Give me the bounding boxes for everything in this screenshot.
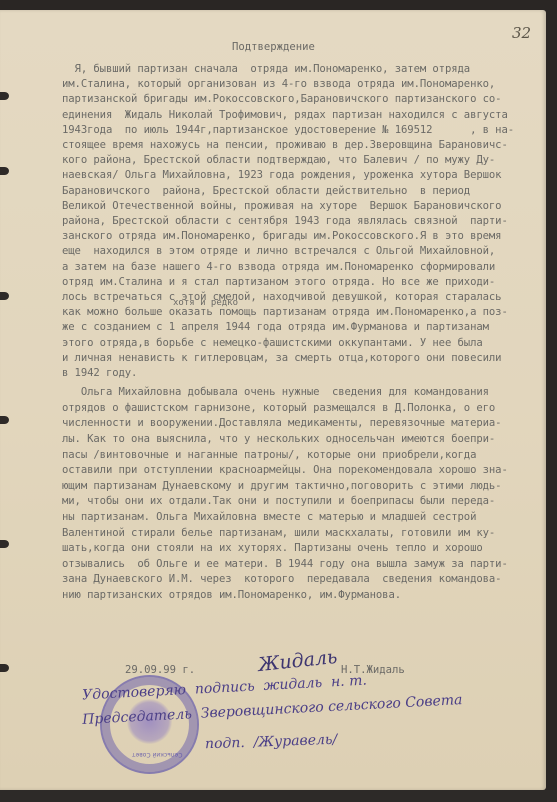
text-line: занского отряда им.Пономаренко, бригады … (62, 229, 501, 244)
stamp-text: Сельский Совет (132, 751, 182, 758)
text-line: оставили при отступлении красноармейцы. … (62, 463, 508, 478)
page-number: 32 (512, 24, 531, 42)
text-line: как можно больше оказать помощь партизан… (62, 305, 508, 320)
text-line: лы. Как то она выяснила, что у нескольки… (62, 432, 495, 447)
text-line: партизанской бригады им.Рокоссовского,Ба… (62, 92, 501, 107)
punch-hole (0, 292, 9, 300)
text-line: ны партизанам. Ольга Михайловна вместе с… (62, 510, 476, 525)
document-date: 29.09.99 г. (125, 664, 195, 676)
text-line: зана Дунаевского И.М. через которого пер… (62, 572, 501, 587)
text-line: Ольга Михайловна добывала очень нужные с… (62, 385, 489, 400)
text-line: в 1942 году. (62, 366, 137, 381)
text-line: наевская/ Ольга Михайловна, 1923 года ро… (62, 168, 501, 183)
text-line: Барановичского района, Брестской области… (62, 184, 470, 199)
text-line: им.Сталина, который организован из 4-го … (62, 77, 495, 92)
text-line: единения Жидаль Николай Трофимович, ряда… (62, 108, 508, 123)
text-line: численности и вооружении.Доставляла меди… (62, 416, 501, 431)
text-line: же с созданием с 1 апреля 1944 года отря… (62, 320, 489, 335)
text-line: отряд им.Сталина и я стал партизаном это… (62, 275, 495, 290)
text-line: Великой Отечественной войны, проживая на… (62, 199, 501, 214)
text-line: ющим партизанам Дунаевскому и другим так… (62, 479, 501, 494)
text-line: Валентиной стирали белье партизанам, шил… (62, 526, 495, 541)
text-line: и личная ненависть к гитлеровцам, за сме… (62, 351, 501, 366)
punch-hole (0, 416, 9, 424)
text-line: 1943года по июль 1944г,партизанское удос… (62, 123, 514, 138)
document-title: Подтверждение (232, 41, 315, 53)
text-line: стоящее время нахожусь на пенсии, прожив… (62, 138, 508, 153)
text-line: лось встречаться с этой смелой, находчив… (62, 290, 501, 305)
typed-insertion: хотя и редко (173, 298, 238, 308)
text-line: ми, чтобы они их отдали.Так они и поступ… (62, 494, 495, 509)
text-line: кого района, Брестской области подтвержд… (62, 153, 495, 168)
text-line: пасы /винтовочные и наганные патроны/, к… (62, 448, 476, 463)
scanner-background (0, 790, 557, 802)
punch-hole (0, 167, 9, 175)
text-line: отзывались об Ольге и ее матери. В 1944 … (62, 557, 508, 572)
text-line: шать,когда они стояли на их хуторях. Пар… (62, 541, 483, 556)
text-line: Я, бывший партизан сначала отряда им.Пон… (62, 62, 470, 77)
text-line: отрядов о фашистском гарнизоне, который … (62, 401, 495, 416)
text-line: а затем на базе нашего 4-го взвода отряд… (62, 260, 495, 275)
text-line: района, Брестской области с сентября 194… (62, 214, 508, 229)
text-line: нию партизанских отрядов им.Пономаренко,… (62, 588, 401, 603)
text-line: этого отряда,в борьбе с немецко-фашистск… (62, 336, 483, 351)
text-line: еще находился в этом отряде и лично встр… (62, 244, 495, 259)
punch-hole (0, 664, 9, 672)
punch-hole (0, 540, 9, 548)
punch-hole (0, 92, 9, 100)
